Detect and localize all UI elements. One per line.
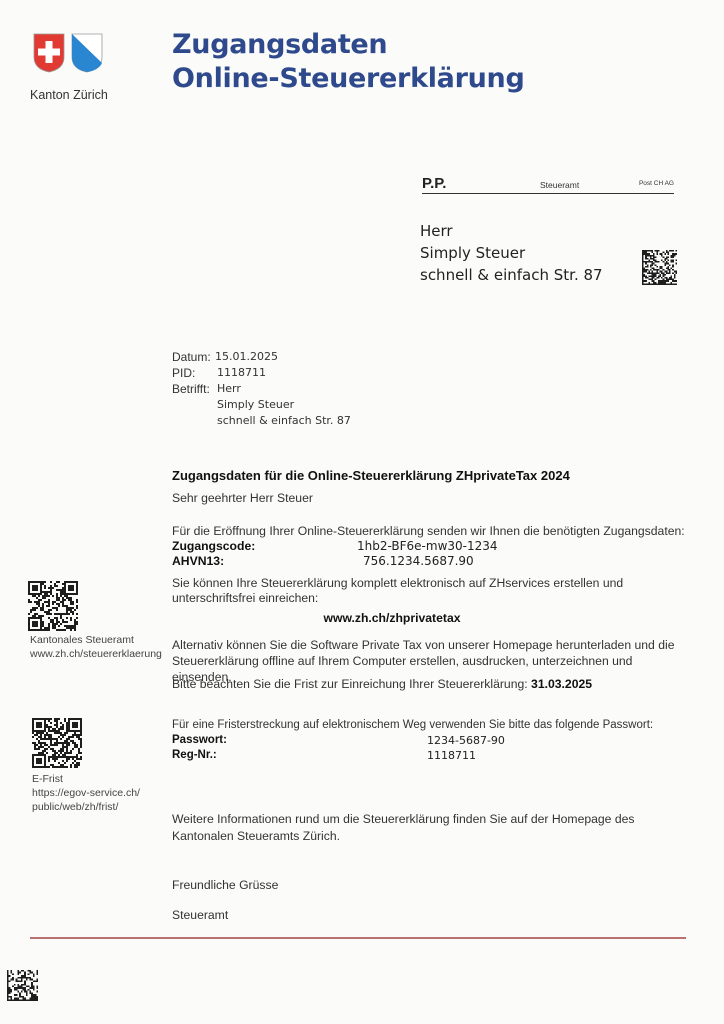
date-label: Datum: (172, 349, 215, 365)
signature: Steueramt (172, 908, 692, 922)
password-label: Passwort: (172, 733, 427, 748)
qr1-caption-url[interactable]: www.zh.ch/steuererklaerung (30, 647, 162, 661)
qr-efrist-caption: E-Frist https://egov-service.ch/ public/… (32, 772, 140, 814)
intro-text: Für die Eröffnung Ihrer Online-Steuererk… (172, 524, 692, 539)
recipient-salutation: Herr (420, 220, 603, 242)
letter-meta: Datum:15.01.2025 PID:1118711 Betrifft:He… (172, 349, 351, 429)
ahvn-value: 756.1234.5687.90 (363, 554, 474, 569)
online-url-link[interactable]: www.zh.ch/zhprivatetax (132, 611, 652, 625)
postage-carrier: Post CH AG (639, 180, 674, 187)
letter-subject: Zugangsdaten für die Online-Steuererklär… (172, 468, 692, 483)
subject-line: Herr (217, 381, 241, 397)
extension-section: Für eine Fristerstreckung auf elektronis… (172, 718, 692, 763)
logo (30, 33, 110, 73)
deadline-row: Bitte beachten Sie die Frist zur Einreic… (172, 677, 692, 691)
page-title: Zugangsdaten Online-Steuererklärung (172, 28, 524, 96)
online-text: Sie können Ihre Steuererklärung komplett… (172, 576, 632, 606)
pid-value: 1118711 (217, 365, 266, 381)
date-value: 15.01.2025 (215, 349, 278, 365)
ahvn-row: AHVN13: 756.1234.5687.90 (172, 554, 692, 569)
more-info-text: Weitere Informationen rund um die Steuer… (172, 811, 687, 845)
access-section: Für die Eröffnung Ihrer Online-Steuererk… (172, 524, 692, 569)
subject-line: Simply Steuer (217, 397, 294, 413)
recipient-address: Herr Simply Steuer schnell & einfach Str… (420, 220, 603, 286)
subject-label: Betrifft: (172, 381, 217, 397)
qr-steueramt-caption: Kantonales Steueramt www.zh.ch/steuererk… (30, 633, 162, 661)
reg-number-value: 1118711 (427, 748, 476, 763)
password-row: Passwort: 1234-5687-90 (172, 733, 692, 748)
access-code-value: 1hb2-BF6e-mw30-1234 (357, 539, 498, 554)
access-code-row: Zugangscode: 1hb2-BF6e-mw30-1234 (172, 539, 692, 554)
title-line-2: Online-Steuererklärung (172, 62, 524, 96)
subject-heading: Zugangsdaten für die Online-Steuererklär… (172, 468, 692, 483)
reg-number-label: Reg-Nr.: (172, 748, 427, 763)
qr2-caption-url[interactable]: https://egov-service.ch/ (32, 786, 140, 800)
qr-code-steueramt-icon[interactable] (28, 581, 78, 631)
datamatrix-code-icon (641, 250, 678, 285)
title-line-1: Zugangsdaten (172, 28, 524, 62)
organization-name: Kanton Zürich (30, 88, 108, 102)
qr-code-efrist-icon[interactable] (32, 718, 82, 768)
reg-number-row: Reg-Nr.: 1118711 (172, 748, 692, 763)
pp-mark: P.P. (422, 175, 446, 192)
qr2-caption-url[interactable]: public/web/zh/frist/ (32, 800, 140, 814)
subject-line: schnell & einfach Str. 87 (217, 413, 351, 429)
access-code-label: Zugangscode: (172, 539, 357, 554)
qr2-caption-line: E-Frist (32, 772, 140, 786)
postage-sender: Steueramt (540, 180, 579, 190)
password-value: 1234-5687-90 (427, 733, 505, 748)
greeting: Sehr geehrter Herr Steuer (172, 491, 692, 505)
footer-divider (30, 937, 686, 939)
postage-line: P.P. Steueramt Post CH AG (422, 177, 674, 194)
zurich-crest-icon (71, 33, 103, 73)
extension-text: Für eine Fristerstreckung auf elektronis… (172, 718, 692, 733)
qr1-caption-line: Kantonales Steueramt (30, 633, 162, 647)
recipient-street: schnell & einfach Str. 87 (420, 264, 603, 286)
recipient-name: Simply Steuer (420, 242, 603, 264)
closing: Freundliche Grüsse (172, 878, 692, 892)
pid-label: PID: (172, 365, 217, 381)
datamatrix-code-icon (7, 970, 38, 1001)
ahvn-label: AHVN13: (172, 554, 357, 569)
deadline-value: 31.03.2025 (531, 677, 592, 691)
swiss-cross-crest-icon (33, 33, 65, 73)
deadline-text: Bitte beachten Sie die Frist zur Einreic… (172, 677, 528, 691)
